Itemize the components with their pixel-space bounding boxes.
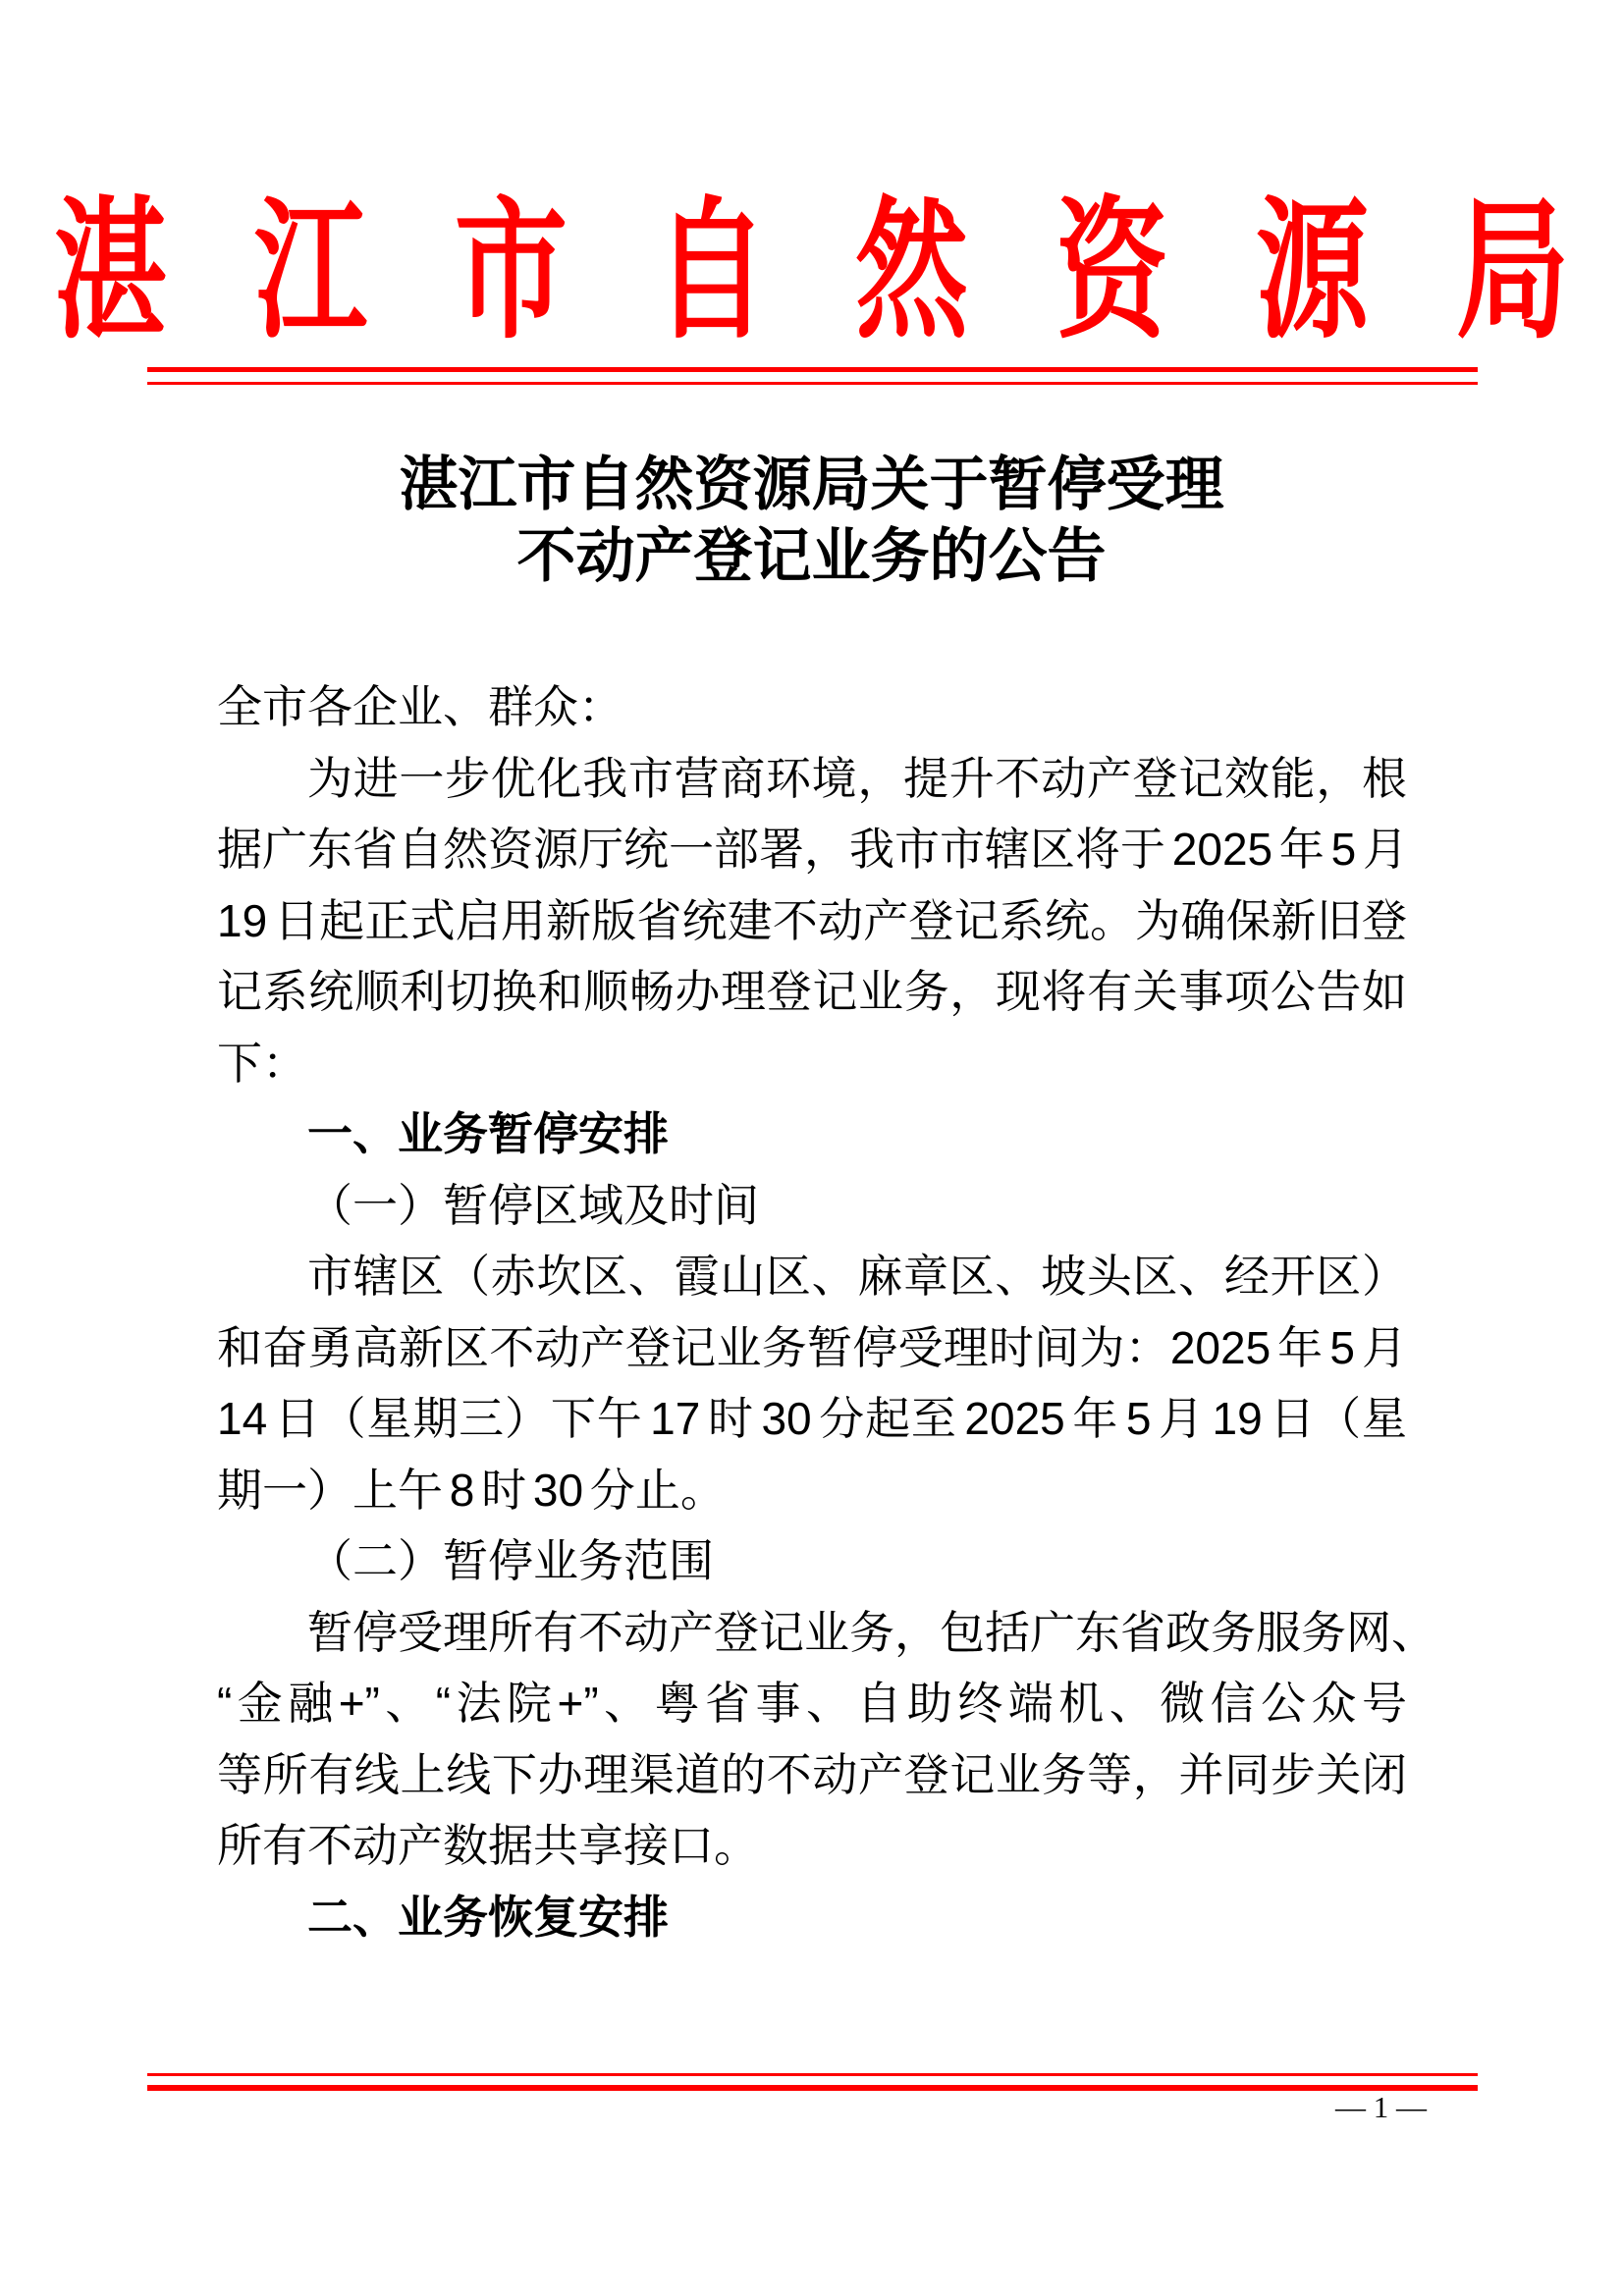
section-2-heading: 二、业务恢复安排 — [217, 1882, 1407, 1953]
notice-title: 湛江市自然资源局关于暂停受理 不动产登记业务的公告 — [0, 450, 1623, 593]
paragraph-intro-line: 19 日起正式启用新版省统建不动产登记系统。为确保新旧登 — [217, 885, 1407, 957]
subsection-1-2-heading: （二）暂停业务范围 — [217, 1525, 1407, 1597]
page-number: — 1 — — [1335, 2091, 1427, 2124]
masthead-rule-thick — [147, 367, 1478, 372]
agency-masthead-title: 湛 江 市 自 然 资 源 局 — [0, 196, 1623, 348]
masthead-rule-thin — [147, 382, 1478, 385]
notice-body: 全市各企业、群众： 为进一步优化我市营商环境，提升不动产登记效能，根 据广东省自… — [217, 671, 1407, 1952]
paragraph-intro-line: 为进一步优化我市营商环境，提升不动产登记效能，根 — [217, 743, 1407, 815]
paragraph-intro-line: 记系统顺利切换和顺畅办理登记业务，现将有关事项公告如 — [217, 956, 1407, 1028]
paragraph-intro-line: 下： — [217, 1028, 1407, 1099]
paragraph-suspension-scope-line: 暂停受理所有不动产登记业务，包括广东省政务服务网、 — [217, 1597, 1407, 1669]
paragraph-suspension-scope-line: “金融+”、“法院+”、粤省事、自助终端机、微信公众号 — [217, 1668, 1407, 1739]
section-1-heading: 一、业务暂停安排 — [217, 1098, 1407, 1170]
notice-title-line-1: 湛江市自然资源局关于暂停受理 — [0, 450, 1623, 521]
footer-rule-thin — [147, 2073, 1478, 2076]
paragraph-suspension-scope-line: 所有不动产数据共享接口。 — [217, 1810, 1407, 1882]
paragraph-suspension-time-line: 市辖区（赤坎区、霞山区、麻章区、坡头区、经开区） — [217, 1241, 1407, 1312]
footer-rule-thick — [147, 2085, 1478, 2091]
paragraph-suspension-time-line: 14 日（星期三）下午 17 时 30 分起至 2025 年 5 月 19 日（… — [217, 1383, 1407, 1455]
notice-title-line-2: 不动产登记业务的公告 — [0, 521, 1623, 593]
paragraph-suspension-time-line: 和奋勇高新区不动产登记业务暂停受理时间为：2025 年 5 月 — [217, 1312, 1407, 1384]
salutation-line: 全市各企业、群众： — [217, 671, 1407, 743]
paragraph-suspension-time-line: 期一）上午 8 时 30 分止。 — [217, 1455, 1407, 1526]
document-page: 湛 江 市 自 然 资 源 局 湛江市自然资源局关于暂停受理 不动产登记业务的公… — [0, 0, 1623, 2296]
paragraph-intro-line: 据广东省自然资源厅统一部署，我市市辖区将于 2025 年 5 月 — [217, 814, 1407, 885]
subsection-1-1-heading: （一）暂停区域及时间 — [217, 1170, 1407, 1242]
paragraph-suspension-scope-line: 等所有线上线下办理渠道的不动产登记业务等，并同步关闭 — [217, 1739, 1407, 1811]
